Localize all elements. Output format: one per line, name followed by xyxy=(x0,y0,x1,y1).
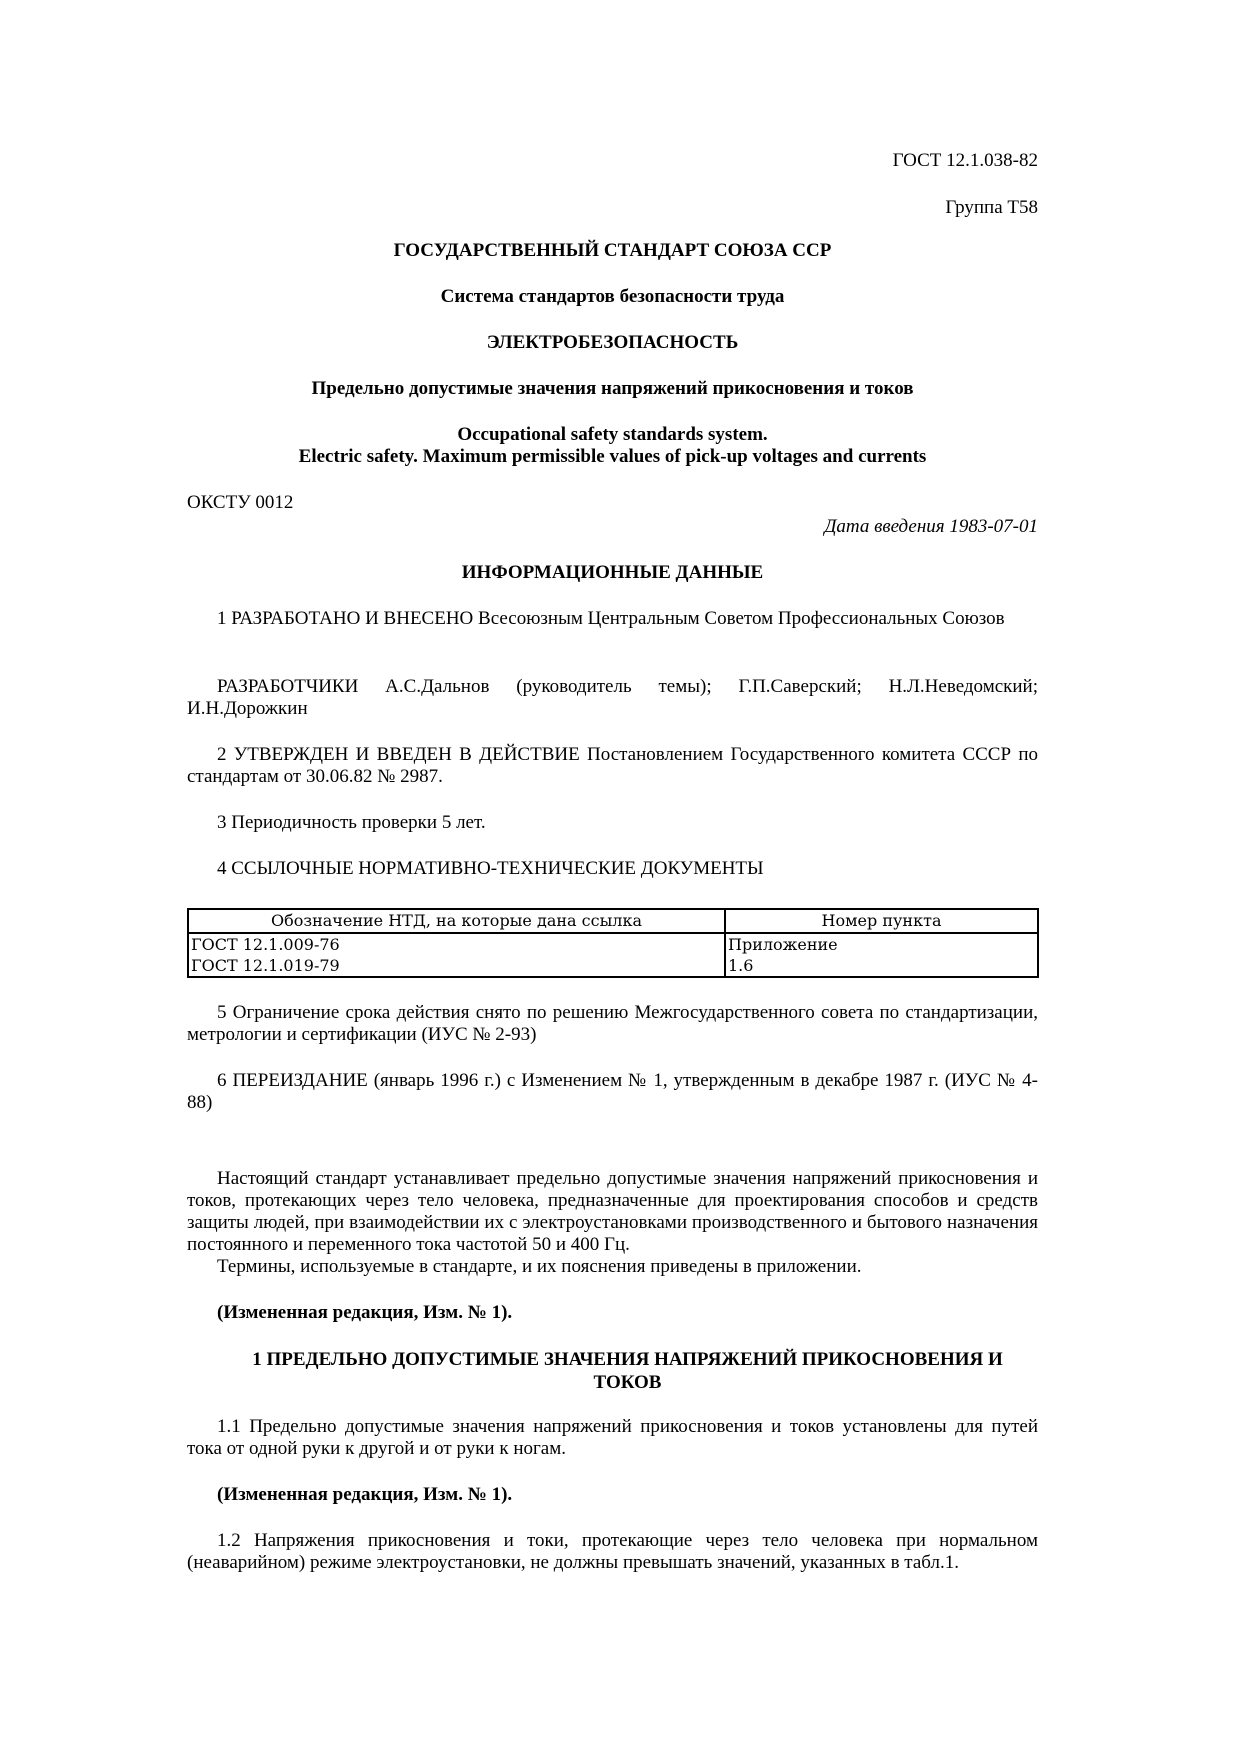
amendment-note-1: (Измененная редакция, Изм. № 1). xyxy=(187,1302,1038,1324)
paragraph-1-2: 1.2 Напряжения прикосновения и токи, про… xyxy=(187,1530,1038,1574)
oksty-code: ОКСТУ 0012 xyxy=(187,492,1038,514)
info-item-1: 1 РАЗРАБОТАНО И ВНЕСЕНО Всесоюзным Центр… xyxy=(187,608,1038,630)
section-1-heading: 1 ПРЕДЕЛЬНО ДОПУСТИМЫЕ ЗНАЧЕНИЯ НАПРЯЖЕН… xyxy=(187,1348,1038,1394)
intro-paragraph: Настоящий стандарт устанавливает предель… xyxy=(187,1168,1038,1256)
paragraph-1-1: 1.1 Предельно допустимые значения напряж… xyxy=(187,1416,1038,1460)
table-cell-designation: ГОСТ 12.1.009-76 xyxy=(188,933,725,955)
info-item-3: 3 Периодичность проверки 5 лет. xyxy=(187,812,1038,834)
info-item-6: 6 ПЕРЕИЗДАНИЕ (январь 1996 г.) с Изменен… xyxy=(187,1070,1038,1114)
info-item-2: 2 УТВЕРЖДЕН И ВВЕДЕН В ДЕЙСТВИЕ Постанов… xyxy=(187,744,1038,788)
info-item-4: 4 ССЫЛОЧНЫЕ НОРМАТИВНО-ТЕХНИЧЕСКИЕ ДОКУМ… xyxy=(187,858,1038,880)
table-cell-designation: ГОСТ 12.1.019-79 xyxy=(188,955,725,977)
table-row: ГОСТ 12.1.019-79 1.6 xyxy=(188,955,1038,977)
system-title: Система стандартов безопасности труда xyxy=(187,286,1038,308)
info-developers: РАЗРАБОТЧИКИ А.С.Дальнов (руководитель т… xyxy=(187,676,1038,720)
info-heading: ИНФОРМАЦИОННЫЕ ДАННЫЕ xyxy=(187,562,1038,584)
table-header-row: Обозначение НТД, на которые дана ссылка … xyxy=(188,909,1038,933)
table-cell-clause: Приложение xyxy=(725,933,1038,955)
terms-paragraph: Термины, используемые в стандарте, и их … xyxy=(187,1256,1038,1278)
table-header-designation: Обозначение НТД, на которые дана ссылка xyxy=(188,909,725,933)
doc-number: ГОСТ 12.1.038-82 xyxy=(187,150,1038,172)
intro-date: Дата введения 1983-07-01 xyxy=(187,516,1038,538)
table-row: ГОСТ 12.1.009-76 Приложение xyxy=(188,933,1038,955)
english-title-line1: Occupational safety standards system. xyxy=(187,424,1038,446)
state-standard-title: ГОСУДАРСТВЕННЫЙ СТАНДАРТ СОЮЗА ССР xyxy=(187,240,1038,262)
english-title-line2: Electric safety. Maximum permissible val… xyxy=(187,446,1038,468)
reference-documents-table: Обозначение НТД, на которые дана ссылка … xyxy=(187,908,1039,978)
info-item-5: 5 Ограничение срока действия снято по ре… xyxy=(187,1002,1038,1046)
amendment-note-2: (Измененная редакция, Изм. № 1). xyxy=(187,1484,1038,1506)
doc-group: Группа Т58 xyxy=(187,197,1038,219)
table-cell-clause: 1.6 xyxy=(725,955,1038,977)
subject-title: ЭЛЕКТРОБЕЗОПАСНОСТЬ xyxy=(187,332,1038,354)
table-header-clause: Номер пункта xyxy=(725,909,1038,933)
subtitle: Предельно допустимые значения напряжений… xyxy=(187,378,1038,400)
